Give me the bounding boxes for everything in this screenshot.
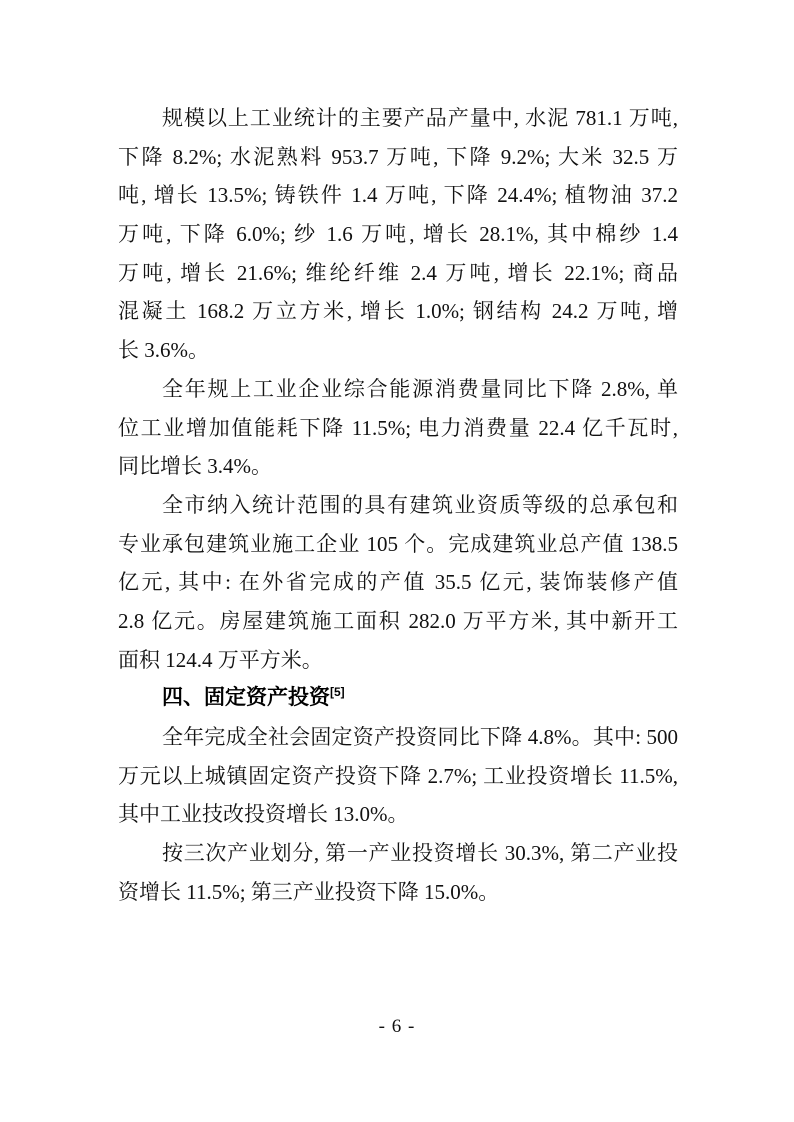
- section-heading: 四、固定资产投资[5]: [118, 679, 678, 718]
- paragraph-construction-industry: 全市纳入统计范围的具有建筑业资质等级的总承包和 专业承包建筑业施工企业 105 …: [118, 486, 678, 679]
- text-line: 下降 8.2%; 水泥熟料 953.7 万吨, 下降 9.2%; 大米 32.5…: [118, 138, 678, 177]
- paragraph-industrial-products-output: 规模以上工业统计的主要产品产量中, 水泥 781.1 万吨, 下降 8.2%; …: [118, 99, 678, 370]
- text-line: 全年规上工业企业综合能源消费量同比下降 2.8%, 单: [118, 370, 678, 409]
- text-line: 长 3.6%。: [118, 331, 678, 370]
- paragraph-energy-consumption: 全年规上工业企业综合能源消费量同比下降 2.8%, 单 位工业增加值能耗下降 1…: [118, 370, 678, 486]
- text-line: 其中工业技改投资增长 13.0%。: [118, 795, 678, 834]
- text-line: 按三次产业划分, 第一产业投资增长 30.3%, 第二产业投: [118, 834, 678, 873]
- paragraph-investment-by-three-industries: 按三次产业划分, 第一产业投资增长 30.3%, 第二产业投 资增长 11.5%…: [118, 834, 678, 911]
- text-line: 吨, 增长 13.5%; 铸铁件 1.4 万吨, 下降 24.4%; 植物油 3…: [118, 176, 678, 215]
- text-line: 万元以上城镇固定资产投资下降 2.7%; 工业投资增长 11.5%,: [118, 757, 678, 796]
- document-page: 规模以上工业统计的主要产品产量中, 水泥 781.1 万吨, 下降 8.2%; …: [0, 0, 794, 1122]
- text-line: 位工业增加值能耗下降 11.5%; 电力消费量 22.4 亿千瓦时,: [118, 409, 678, 448]
- section-heading-text: 四、固定资产投资: [162, 686, 330, 709]
- page-number: - 6 -: [0, 1014, 794, 1040]
- page-body: 规模以上工业统计的主要产品产量中, 水泥 781.1 万吨, 下降 8.2%; …: [118, 99, 678, 911]
- text-line: 全市纳入统计范围的具有建筑业资质等级的总承包和: [118, 486, 678, 525]
- text-line: 万吨, 下降 6.0%; 纱 1.6 万吨, 增长 28.1%, 其中棉纱 1.…: [118, 215, 678, 254]
- paragraph-fixed-asset-investment: 全年完成全社会固定资产投资同比下降 4.8%。其中: 500 万元以上城镇固定资…: [118, 718, 678, 834]
- text-line: 万吨, 增长 21.6%; 维纶纤维 2.4 万吨, 增长 22.1%; 商品: [118, 254, 678, 293]
- text-line: 混凝土 168.2 万立方米, 增长 1.0%; 钢结构 24.2 万吨, 增: [118, 292, 678, 331]
- text-line: 面积 124.4 万平方米。: [118, 641, 678, 680]
- text-line: 规模以上工业统计的主要产品产量中, 水泥 781.1 万吨,: [118, 99, 678, 138]
- text-line: 亿元, 其中: 在外省完成的产值 35.5 亿元, 装饰装修产值: [118, 563, 678, 602]
- text-line: 全年完成全社会固定资产投资同比下降 4.8%。其中: 500: [118, 718, 678, 757]
- text-line: 专业承包建筑业施工企业 105 个。完成建筑业总产值 138.5: [118, 525, 678, 564]
- section-heading-footnote-ref: [5]: [330, 685, 345, 699]
- text-line: 同比增长 3.4%。: [118, 447, 678, 486]
- text-line: 资增长 11.5%; 第三产业投资下降 15.0%。: [118, 873, 678, 912]
- text-line: 2.8 亿元。房屋建筑施工面积 282.0 万平方米, 其中新开工: [118, 602, 678, 641]
